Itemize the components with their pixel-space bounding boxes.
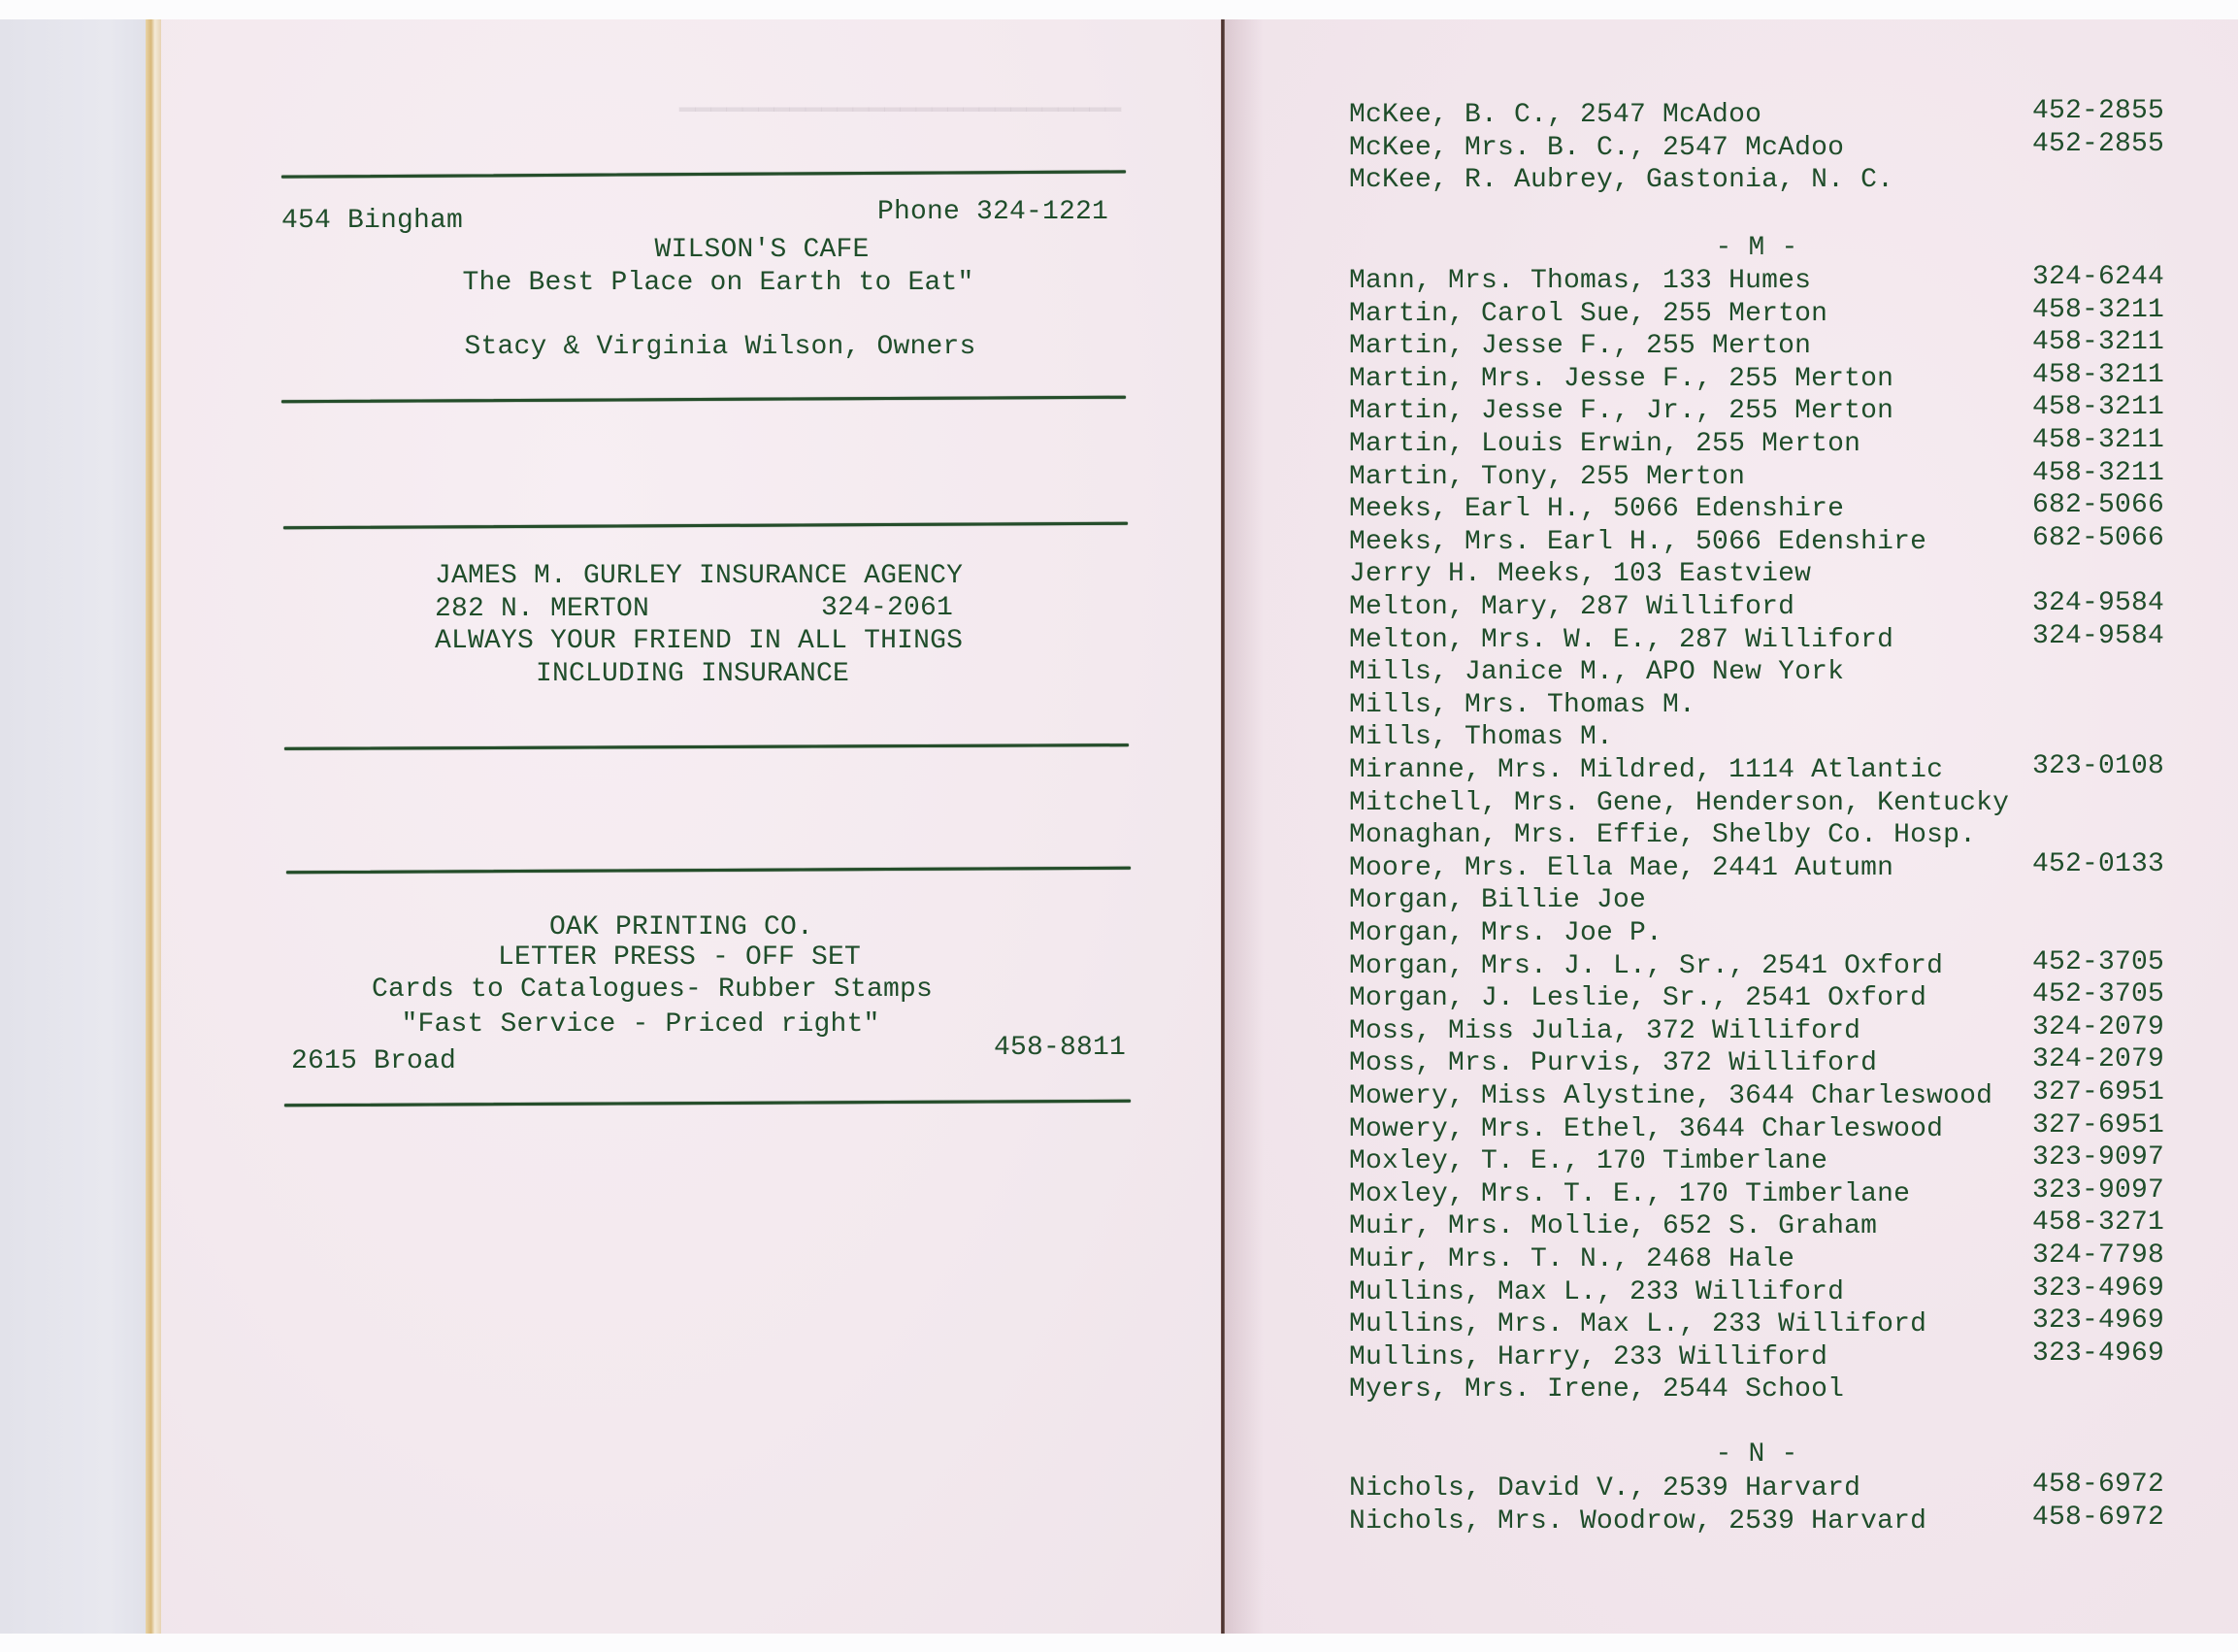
directory-entry-name: Mills, Mrs. Thomas M. (1349, 692, 1695, 719)
ad-phone: 458-8811 (994, 1035, 1126, 1062)
directory-entry-name: Morgan, Mrs. J. L., Sr., 2541 Oxford (1349, 953, 1943, 980)
ad-slogan-line: INCLUDING INSURANCE (536, 661, 849, 688)
directory-entry-name: Melton, Mrs. W. E., 287 Williford (1349, 627, 1893, 654)
ad-services: LETTER PRESS - OFF SET (498, 944, 861, 972)
directory-entry-phone: 452-2855 (2032, 131, 2164, 158)
directory-entry-name: Martin, Jesse F., 255 Merton (1349, 333, 1811, 360)
directory-entry-phone: 323-4969 (2032, 1307, 2164, 1335)
ad-slogan: "Fast Service - Priced right" (401, 1011, 879, 1039)
directory-entry-name: Miranne, Mrs. Mildred, 1114 Atlantic (1349, 757, 1943, 784)
directory-entry-name: Jerry H. Meeks, 103 Eastview (1349, 561, 1811, 588)
directory-entry-phone: 323-9097 (2032, 1144, 2164, 1172)
directory-entry-phone: 458-3211 (2032, 427, 2164, 454)
scanned-directory-spread: ━━━━━━━━━━━━━━━━━━━━━━━━━━━━ 454 Bingham… (0, 0, 2238, 1652)
directory-entry-name: Mills, Janice M., APO New York (1349, 659, 1844, 686)
directory-entry-phone: 458-3211 (2032, 329, 2164, 356)
directory-entry-phone: 458-3211 (2032, 394, 2164, 421)
directory-entry-name: Melton, Mary, 287 Williford (1349, 594, 1794, 621)
directory-entry-phone: 324-9584 (2032, 590, 2164, 617)
directory-entry-name: Nichols, David V., 2539 Harvard (1349, 1475, 1860, 1503)
directory-entry-phone: 458-6972 (2032, 1504, 2164, 1532)
ad-owners: Stacy & Virginia Wilson, Owners (464, 334, 975, 361)
directory-entry-phone: 324-7798 (2032, 1242, 2164, 1270)
directory-entry-name: Meeks, Earl H., 5066 Edenshire (1349, 496, 1844, 523)
directory-entry-name: Mitchell, Mrs. Gene, Henderson, Kentucky (1349, 790, 2009, 817)
directory-entry-phone: 327-6951 (2032, 1079, 2164, 1107)
section-letter-header: - N - (1715, 1441, 1797, 1469)
directory-entry-name: Nichols, Mrs. Woodrow, 2539 Harvard (1349, 1508, 1926, 1536)
directory-entry-name: Muir, Mrs. Mollie, 652 S. Graham (1349, 1213, 1877, 1240)
section-letter-header: - M - (1715, 235, 1797, 262)
directory-entry-name: Martin, Louis Erwin, 255 Merton (1349, 431, 1860, 458)
directory-entry-name: Martin, Mrs. Jesse F., 255 Merton (1349, 366, 1893, 393)
directory-entry-phone: 458-6972 (2032, 1471, 2164, 1499)
directory-entry-name: Moxley, T. E., 170 Timberlane (1349, 1148, 1827, 1175)
directory-entry-name: Moss, Miss Julia, 372 Williford (1349, 1018, 1860, 1045)
directory-entry-phone: 452-0133 (2032, 851, 2164, 878)
ad-phone: 324-2061 (821, 595, 953, 622)
directory-entry-name: Mullins, Max L., 233 Williford (1349, 1279, 1844, 1306)
directory-entry-name: Meeks, Mrs. Earl H., 5066 Edenshire (1349, 529, 1926, 556)
directory-entry-name: Mann, Mrs. Thomas, 133 Humes (1349, 268, 1811, 295)
directory-entry-phone: 458-3271 (2032, 1209, 2164, 1237)
directory-entry-phone: 452-2855 (2032, 98, 2164, 125)
directory-entry-phone: 324-2079 (2032, 1046, 2164, 1074)
ad-products: Cards to Catalogues- Rubber Stamps (372, 976, 933, 1004)
directory-entry-name: Muir, Mrs. T. N., 2468 Hale (1349, 1246, 1794, 1273)
directory-entry-phone: 682-5066 (2032, 525, 2164, 552)
directory-entry-phone: 452-3705 (2032, 981, 2164, 1008)
spine-shadow (1225, 19, 1264, 1634)
directory-entry-name: Martin, Jesse F., Jr., 255 Merton (1349, 398, 1893, 425)
directory-entry-name: Mills, Thomas M. (1349, 724, 1613, 751)
directory-entry-name: Morgan, Billie Joe (1349, 887, 1646, 914)
ad-slogan-line: ALWAYS YOUR FRIEND IN ALL THINGS (435, 628, 963, 655)
directory-entry-name: Moxley, Mrs. T. E., 170 Timberlane (1349, 1181, 1910, 1208)
directory-entry-phone: 324-6244 (2032, 264, 2164, 291)
directory-entry-name: Myers, Mrs. Irene, 2544 School (1349, 1376, 1844, 1404)
directory-entry-name: Monaghan, Mrs. Effie, Shelby Co. Hosp. (1349, 822, 1976, 849)
directory-entry-phone: 458-3211 (2032, 460, 2164, 487)
ad-slogan: The Best Place on Earth to Eat" (462, 270, 973, 297)
directory-entry-name: McKee, Mrs. B. C., 2547 McAdoo (1349, 135, 1844, 162)
directory-entry-phone: 327-6951 (2032, 1112, 2164, 1140)
directory-entry-name: Morgan, Mrs. Joe P. (1349, 920, 1662, 947)
ad-business-name: WILSON'S CAFE (654, 237, 869, 264)
ad-address: 282 N. MERTON (435, 596, 649, 623)
directory-entry-name: Martin, Carol Sue, 255 Merton (1349, 301, 1827, 328)
directory-entry-phone: 323-4969 (2032, 1340, 2164, 1368)
directory-entry-name: McKee, R. Aubrey, Gastonia, N. C. (1349, 167, 1893, 194)
directory-entry-phone: 323-0108 (2032, 753, 2164, 780)
directory-entry-name: McKee, B. C., 2547 McAdoo (1349, 102, 1761, 129)
ad-business-name: OAK PRINTING CO. (549, 914, 813, 942)
directory-entry-phone: 452-3705 (2032, 949, 2164, 976)
directory-entry-name: Mowery, Miss Alystine, 3644 Charleswood (1349, 1083, 1992, 1110)
directory-entry-phone: 323-4969 (2032, 1275, 2164, 1303)
ad-business-name: JAMES M. GURLEY INSURANCE AGENCY (435, 563, 963, 590)
directory-entry-name: Mullins, Harry, 233 Williford (1349, 1344, 1827, 1371)
directory-entry-name: Morgan, J. Leslie, Sr., 2541 Oxford (1349, 985, 1926, 1012)
directory-entry-phone: 323-9097 (2032, 1177, 2164, 1205)
directory-entry-name: Mowery, Mrs. Ethel, 3644 Charleswood (1349, 1116, 1943, 1143)
directory-entry-phone: 324-9584 (2032, 623, 2164, 650)
directory-entry-phone: 458-3211 (2032, 362, 2164, 389)
directory-entry-name: Martin, Tony, 255 Merton (1349, 464, 1745, 491)
scanner-background (0, 19, 155, 1634)
directory-entry-phone: 682-5066 (2032, 492, 2164, 519)
directory-entry-name: Moore, Mrs. Ella Mae, 2441 Autumn (1349, 855, 1893, 882)
ad-address: 2615 Broad (291, 1048, 456, 1075)
directory-entry-name: Mullins, Mrs. Max L., 233 Williford (1349, 1311, 1926, 1338)
directory-entry-name: Moss, Mrs. Purvis, 372 Williford (1349, 1050, 1877, 1077)
directory-entry-phone: 458-3211 (2032, 297, 2164, 324)
page-edge-stack (146, 19, 161, 1634)
ad-phone: Phone 324-1221 (877, 199, 1108, 226)
ad-address: 454 Bingham (281, 208, 463, 235)
directory-entry-phone: 324-2079 (2032, 1014, 2164, 1041)
